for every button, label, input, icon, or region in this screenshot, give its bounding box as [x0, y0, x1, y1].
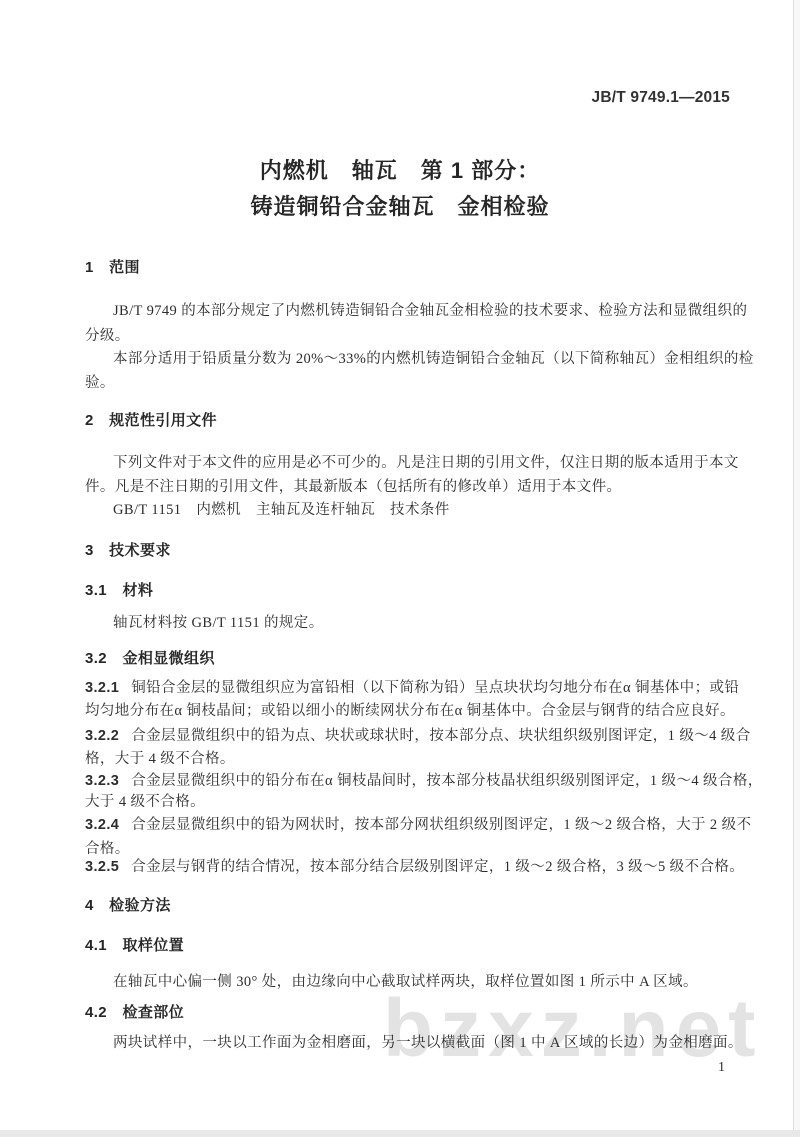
section-4-1-heading: 4.1 取样位置 [85, 935, 184, 957]
section-3-heading: 3 技术要求 [85, 540, 171, 562]
document-content: JB/T 9749.1—2015 内燃机 轴瓦 第 1 部分： 铸造铜铅合金轴瓦… [0, 0, 800, 1137]
clause-3-2-4-number: 3.2.4 [85, 817, 119, 833]
clause-3-2-5-number: 3.2.5 [85, 859, 119, 875]
section-4-2-paragraph: 两块试样中，一块以工作面为金相磨面，另一块以横截面（图 1 中 A 区域的长边）… [113, 1032, 743, 1054]
page-right-edge-area [794, 0, 800, 1137]
standard-number: JB/T 9749.1—2015 [592, 87, 730, 109]
section-2-heading: 2 规范性引用文件 [85, 410, 217, 432]
section-3-2-heading: 3.2 金相显微组织 [85, 648, 215, 670]
section-1-paragraph-2-line-1: 本部分适用于铅质量分数为 20%～33%的内燃机铸造铜铅合金轴瓦（以下简称轴瓦）… [113, 348, 754, 370]
clause-3-2-2-line-2: 格，大于 4 级不合格。 [85, 748, 235, 770]
clause-3-2-1-text: 铜铅合金层的显微组织应为富铅相（以下简称为铅）呈点块状均匀地分布在α 铜基体中；… [131, 680, 739, 696]
page-bottom-edge [0, 1130, 800, 1137]
section-4-1-paragraph: 在轴瓦中心偏一侧 30° 处，由边缘向中心截取试样两块，取样位置如图 1 所示中… [113, 971, 698, 993]
section-4-heading: 4 检验方法 [85, 895, 171, 917]
section-2-paragraph-1-line-2: 件。凡是不注日期的引用文件，其最新版本（包括所有的修改单）适用于本文件。 [85, 476, 621, 498]
section-3-1-heading: 3.1 材料 [85, 580, 153, 602]
clause-3-2-3-number: 3.2.3 [85, 773, 119, 789]
section-2-reference: GB/T 1151 内燃机 主轴瓦及连杆轴瓦 技术条件 [113, 499, 450, 521]
section-3-1-paragraph: 轴瓦材料按 GB/T 1151 的规定。 [113, 612, 324, 634]
clause-3-2-1-line-1: 3.2.1铜铅合金层的显微组织应为富铅相（以下简称为铅）呈点块状均匀地分布在α … [85, 677, 739, 699]
clause-3-2-3-line-2: 大于 4 级不合格。 [85, 791, 205, 813]
clause-3-2-1-line-2: 均匀地分布在α 铜枝晶间；或铅以细小的断续网状分布在α 铜基体中。合金层与钢背的… [85, 700, 735, 722]
section-4-2-heading: 4.2 检查部位 [85, 1002, 184, 1024]
section-1-paragraph-2-line-2: 验。 [85, 372, 115, 394]
clause-3-2-3-line-1: 3.2.3合金层显微组织中的铅分布在α 铜枝晶间时，按本部分枝晶状组织级别图评定… [85, 770, 763, 792]
document-title-line1: 内燃机 轴瓦 第 1 部分： [0, 160, 800, 182]
clause-3-2-2-text: 合金层显微组织中的铅为点、块状或球状时，按本部分点、块状组织级别图评定，1 级～… [131, 728, 750, 744]
page-number: 1 [718, 1057, 725, 1079]
section-2-paragraph-1-line-1: 下列文件对于本文件的应用是必不可少的。凡是注日期的引用文件，仅注日期的版本适用于… [113, 452, 739, 474]
document-title-line2: 铸造铜铅合金轴瓦 金相检验 [0, 196, 800, 218]
document-page: bzxz.net JB/T 9749.1—2015 内燃机 轴瓦 第 1 部分：… [0, 0, 800, 1137]
section-1-heading: 1 范围 [85, 257, 140, 279]
clause-3-2-5-text: 合金层与钢背的结合情况，按本部分结合层级别图评定，1 级～2 级合格，3 级～5… [131, 859, 744, 875]
clause-3-2-1-number: 3.2.1 [85, 680, 119, 696]
clause-3-2-3-text: 合金层显微组织中的铅分布在α 铜枝晶间时，按本部分枝晶状组织级别图评定，1 级～… [131, 773, 762, 789]
clause-3-2-4-line-1: 3.2.4合金层显微组织中的铅为网状时，按本部分网状组织级别图评定，1 级～2 … [85, 814, 751, 836]
clause-3-2-2-number: 3.2.2 [85, 728, 119, 744]
clause-3-2-2-line-1: 3.2.2合金层显微组织中的铅为点、块状或球状时，按本部分点、块状组织级别图评定… [85, 725, 751, 747]
clause-3-2-5-line-1: 3.2.5合金层与钢背的结合情况，按本部分结合层级别图评定，1 级～2 级合格，… [85, 856, 744, 878]
section-1-paragraph-1-line-2: 分级。 [85, 325, 130, 347]
section-1-paragraph-1-line-1: JB/T 9749 的本部分规定了内燃机铸造铜铅合金轴瓦金相检验的技术要求、检验… [113, 300, 747, 322]
clause-3-2-4-text: 合金层显微组织中的铅为网状时，按本部分网状组织级别图评定，1 级～2 级合格，大… [131, 817, 751, 833]
